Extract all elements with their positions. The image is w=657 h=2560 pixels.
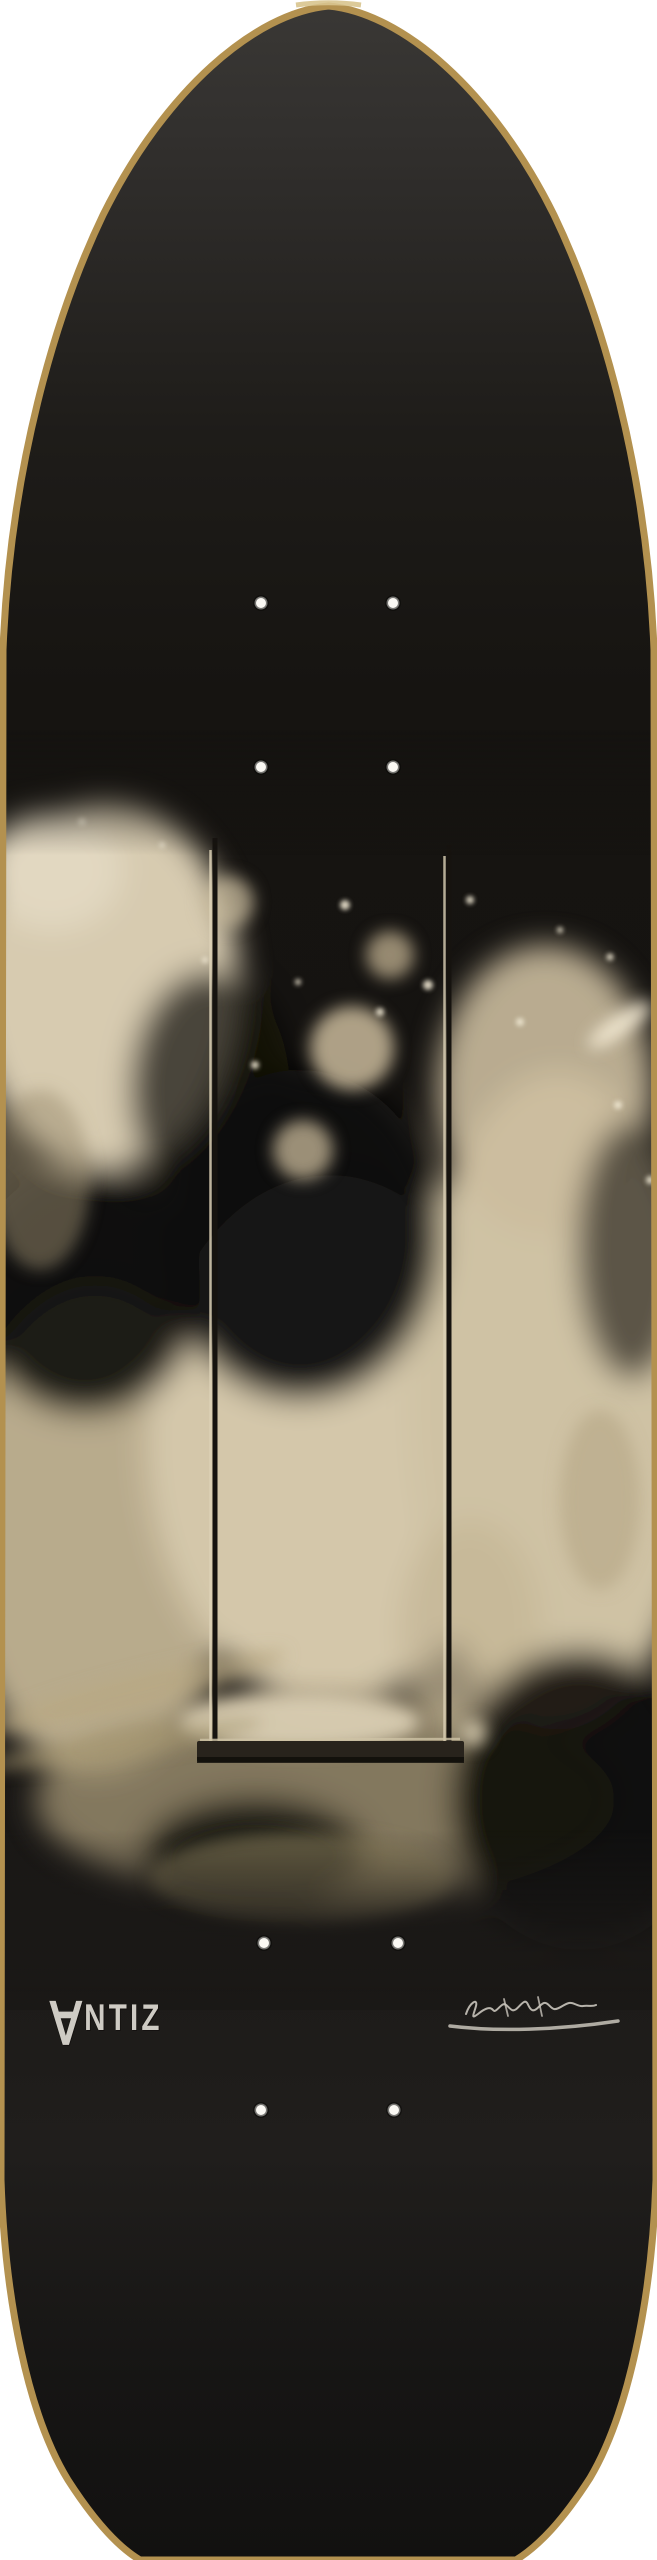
product-photo: ∀ NTIZ (0, 0, 657, 2560)
mounting-hole (255, 597, 268, 610)
antiz-logo: ∀ NTIZ (50, 2000, 163, 2049)
mounting-hole (258, 1937, 271, 1950)
deck-face (0, 0, 657, 2560)
nose-edge-highlight (296, 3, 361, 5)
mounting-hole (387, 597, 400, 610)
right-rope (445, 845, 450, 1750)
mounting-hole (387, 761, 400, 774)
skateboard-deck (0, 0, 657, 2560)
mounting-hole (392, 1937, 405, 1950)
left-rope (211, 838, 216, 1750)
photo-bottom-fade (0, 1830, 657, 2010)
signature-underline (450, 2021, 618, 2029)
mounting-hole (255, 2104, 268, 2117)
signature-tick (504, 1999, 508, 2016)
antiz-logo-inverted-a: ∀ (50, 2000, 82, 2049)
rider-signature-icon (438, 1986, 628, 2038)
swing-seat (197, 1739, 464, 1763)
mounting-hole (388, 2104, 401, 2117)
photo-top-fade (0, 730, 657, 860)
mounting-hole (255, 761, 268, 774)
signature-scrawl (466, 2002, 596, 2017)
antiz-logo-letters: NTIZ (84, 2000, 163, 2035)
